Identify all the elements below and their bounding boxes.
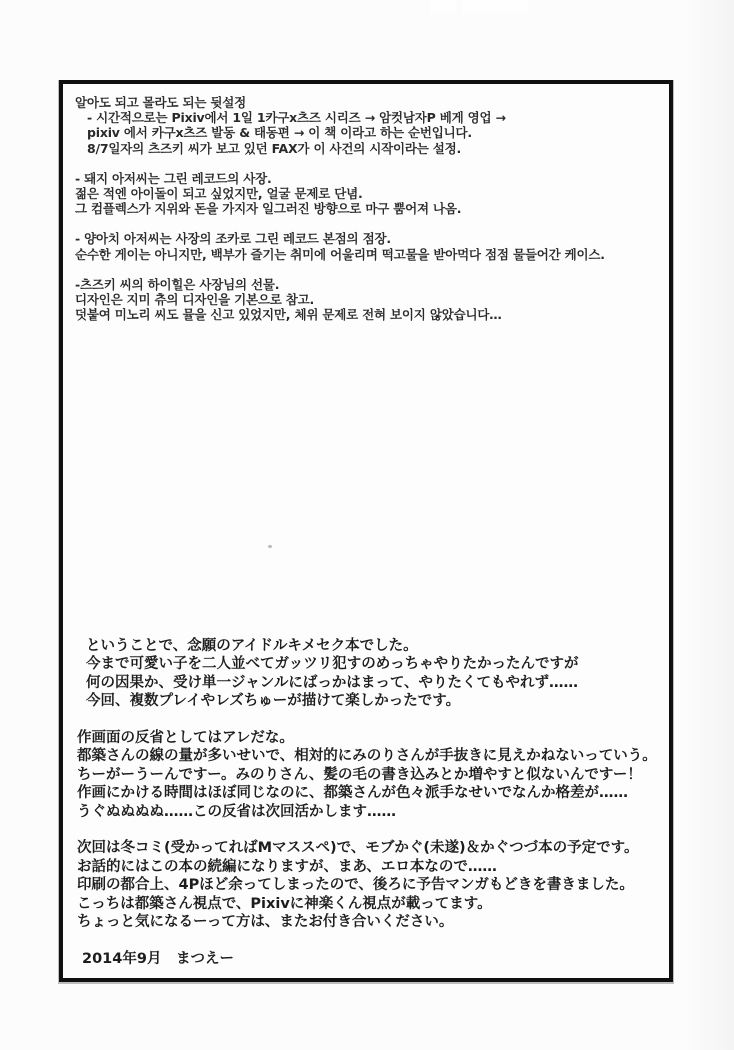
text-line: 덧붙여 미노리 씨도 뮬을 신고 있었지만, 체위 문제로 전혀 보이지 않았습… bbox=[75, 307, 663, 322]
faded-watermark-fragment bbox=[430, 0, 456, 13]
scanned-page: 알아도 되고 몰라도 되는 뒷설정 - 시간적으로는 Pixiv에서 1일 1카… bbox=[0, 0, 734, 1050]
scan-speck bbox=[268, 545, 272, 548]
korean-paragraph-high-heels: -츠즈키 씨의 하이힐은 사장님의 선물.디자인은 지미 츄의 디자인을 기본으… bbox=[75, 277, 663, 323]
date-signature: 2014年9月 まつえー bbox=[77, 950, 665, 968]
korean-notes-heading: 알아도 되고 몰라도 되는 뒷설정 bbox=[75, 95, 663, 110]
text-line: 그 컴플렉스가 지위와 돈을 가지자 일그러진 방향으로 마구 뿜어져 나옴. bbox=[75, 201, 663, 216]
text-line: うぐぬぬぬぬ……この反省は次回活かします…… bbox=[77, 803, 665, 821]
text-line: ということで、念願のアイドルキメセク本でした。 bbox=[86, 637, 665, 655]
faded-watermark-fragment bbox=[462, 0, 528, 13]
text-line: -츠즈키 씨의 하이힐은 사장님의 선물. bbox=[75, 277, 663, 292]
korean-paragraph-pig-president: - 돼지 아저씨는 그린 레코드의 사장.젊은 적엔 아이돌이 되고 싶었지만,… bbox=[75, 171, 663, 217]
text-line: 8/7일자의 츠즈키 씨가 보고 있던 FAX가 이 사건의 시작이라는 설정. bbox=[87, 141, 663, 156]
japanese-paragraph-art-reflection: 作画面の反省としてはアレだな。都築さんの線の量が多いせいで、相対的にみのりさんが… bbox=[77, 729, 665, 821]
japanese-afterword-block: ということで、念願のアイドルキメセク本でした。今まで可愛い子を二人並べてガッツリ… bbox=[77, 637, 665, 968]
korean-paragraph-nephew-manager: - 양아치 아저씨는 사장의 조카로 그린 레코드 본점의 점장.순수한 게이는… bbox=[75, 231, 663, 261]
text-line: - 시간적으로는 Pixiv에서 1일 1카구x츠즈 시리즈 → 암컷남자P 베… bbox=[87, 110, 663, 125]
korean-notes-block: 알아도 되고 몰라도 되는 뒷설정 - 시간적으로는 Pixiv에서 1일 1카… bbox=[75, 95, 663, 337]
text-line: こっちは都築さん視点で、Pixivに神楽くん視点が載ってます。 bbox=[77, 895, 665, 913]
text-line: 순수한 게이는 아니지만, 백부가 즐기는 취미에 어울리며 떡고물을 받아먹다… bbox=[75, 247, 663, 262]
text-line: 都築さんの線の量が多いせいで、相対的にみのりさんが手抜きに見えかねないっていう。 bbox=[77, 747, 665, 765]
korean-paragraph-timeline: - 시간적으로는 Pixiv에서 1일 1카구x츠즈 시리즈 → 암컷남자P 베… bbox=[75, 110, 663, 156]
text-line: 印刷の都合上、4Pほど余ってしまったので、後ろに予告マンガもどきを書きました。 bbox=[77, 876, 665, 894]
scan-speck bbox=[607, 752, 609, 754]
japanese-paragraph-next-book: 次回は冬コミ(受かってればMマススペ)で、モブかぐ(未遂)＆かぐつづ本の予定です… bbox=[77, 839, 665, 931]
text-line: 作画にかける時間はほぼ同じなのに、都築さんが色々派手なせいでなんか格差が…… bbox=[77, 784, 665, 802]
text-line: お話的にはこの本の続編になりますが、まあ、エロ本なので…… bbox=[77, 858, 665, 876]
text-line: ちょっと気になるーって方は、またお付き合いください。 bbox=[77, 913, 665, 931]
text-line: 젊은 적엔 아이돌이 되고 싶었지만, 얼굴 문제로 단념. bbox=[75, 186, 663, 201]
text-line: ちーがーうーんですー。みのりさん、髪の毛の書き込みとか増やすと似ないんですー！ bbox=[77, 766, 665, 784]
text-line: 作画面の反省としてはアレだな。 bbox=[77, 729, 665, 747]
text-line: 何の因果か、受け単一ジャンルにばっかはまって、やりたくてもやれず…… bbox=[86, 674, 665, 692]
japanese-paragraph-intro: ということで、念願のアイドルキメセク本でした。今まで可愛い子を二人並べてガッツリ… bbox=[77, 637, 665, 711]
text-line: - 양아치 아저씨는 사장의 조카로 그린 레코드 본점의 점장. bbox=[75, 231, 663, 246]
text-line: pixiv 에서 카구x츠즈 발동 & 태동편 → 이 책 이라고 하는 순번입… bbox=[87, 125, 663, 140]
text-line: 次回は冬コミ(受かってればMマススペ)で、モブかぐ(未遂)＆かぐつづ本の予定です… bbox=[77, 839, 665, 857]
text-line: 디자인은 지미 츄의 디자인을 기본으로 참고. bbox=[75, 292, 663, 307]
text-line: - 돼지 아저씨는 그린 레코드의 사장. bbox=[75, 171, 663, 186]
page-border-frame: 알아도 되고 몰라도 되는 뒷설정 - 시간적으로는 Pixiv에서 1일 1카… bbox=[59, 80, 673, 982]
text-line: 今まで可愛い子を二人並べてガッツリ犯すのめっちゃやりたかったんですが bbox=[86, 655, 665, 673]
text-line: 今回、複数プレイやレズちゅーが描けて楽しかったです。 bbox=[86, 692, 665, 710]
